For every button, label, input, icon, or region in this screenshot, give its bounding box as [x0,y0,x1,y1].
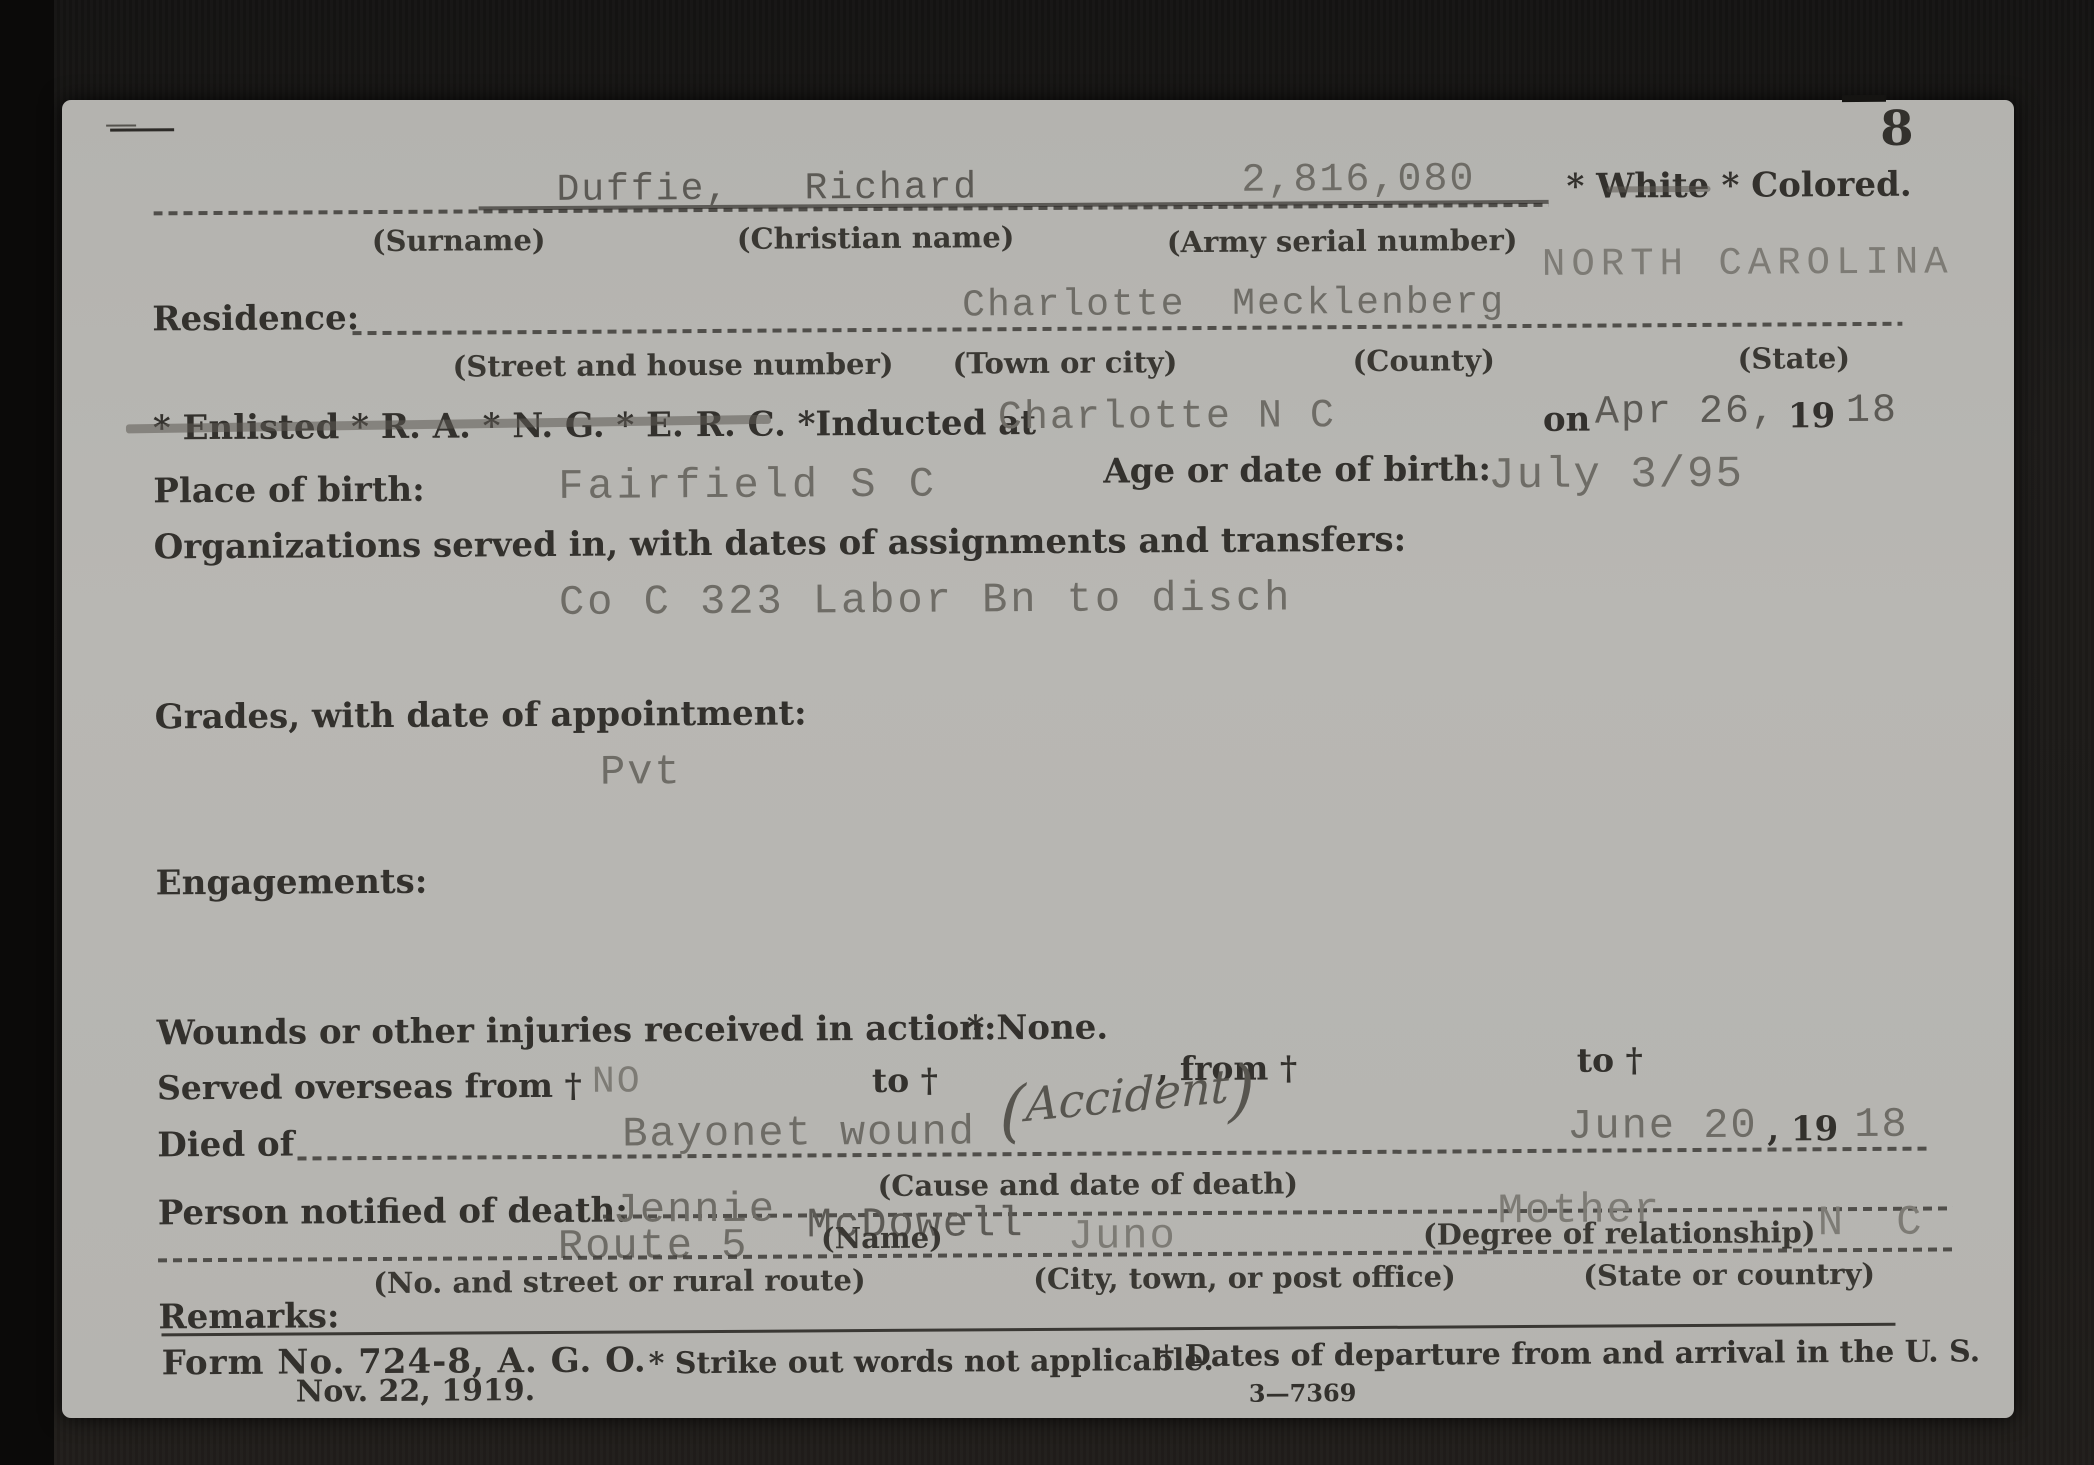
accident-handwritten: (Accident) [999,1049,1255,1151]
street-house-label: (Street and house number) [452,347,893,384]
state-label: (State) [1737,341,1850,376]
white-strikethrough [1607,186,1711,193]
serial-typed-value: 2,816,080 [1241,157,1475,203]
age-date-of-birth-label: Age or date of birth: [1103,449,1491,491]
residence-label: Residence: [152,298,359,339]
strike-out-note: * Strike out words not applicable. [649,1343,1214,1381]
death-year-typed: 18 [1854,1101,1909,1149]
date-of-birth-typed: July 3/95 [1488,450,1744,502]
inducted-date-typed: Apr 26, [1595,389,1777,435]
state-stamp: NORTH CAROLINA [1542,240,1954,287]
name-label: (Name) [821,1221,943,1256]
print-code: 3—7369 [1249,1378,1357,1408]
street-rural-route-label: (No. and street or rural route) [373,1263,866,1300]
town-city-label: (Town or city) [952,345,1177,380]
hand-paren-close: ) [1228,1049,1255,1130]
grade-typed: Pvt [600,748,682,796]
colored-option-label: * Colored. [1721,165,1911,206]
served-overseas-label: Served overseas from † [157,1066,582,1108]
form-date: Nov. 22, 1919. [296,1373,536,1409]
notified-state-typed: N C [1818,1199,1936,1248]
dagger-note: † Dates of departure from and arrival in… [1159,1334,1981,1374]
corner-dash-mark-2 [106,124,136,126]
hand-paren-open: ( [999,1071,1026,1152]
overseas-to1-label: to † [872,1061,938,1100]
county-label: (County) [1352,343,1494,378]
corner-dash-mark [110,128,174,131]
scan-background-left-edge [0,0,54,1465]
page-number: 8 [1880,101,1914,157]
hand-word: Accident [1025,1059,1229,1132]
residence-town-typed: Charlotte [962,283,1185,327]
organizations-typed: Co C 323 Labor Bn to disch [559,574,1293,626]
overseas-to2-label: to † [1577,1040,1643,1079]
wounds-label: Wounds or other injuries received in act… [157,1008,997,1053]
residence-county-typed: Mecklenberg [1232,281,1505,326]
inducted-year-typed: 18 [1846,389,1898,434]
service-record-card: 8 Duffie, Richard 2,816,080 * White * Co… [62,100,2014,1418]
grades-label: Grades, with date of appointment: [155,693,807,737]
organizations-label: Organizations served in, with dates of a… [154,520,1407,568]
served-overseas-typed: NO [592,1060,642,1103]
death-date-typed: June 20 [1567,1102,1758,1151]
place-of-birth-typed: Fairfield S C [558,461,938,511]
on-label: on [1543,400,1591,440]
wounds-none-label: * None. [967,1008,1109,1049]
engagements-label: Engagements: [156,862,428,904]
degree-relationship-label: (Degree of relationship) [1423,1215,1816,1251]
card-content: 8 Duffie, Richard 2,816,080 * White * Co… [58,94,2018,1424]
remarks-label: Remarks: [158,1296,339,1337]
remarks-bottom-rule [161,1323,1895,1337]
place-of-birth-label: Place of birth: [153,470,425,512]
death-year-printed: , 19 [1767,1109,1838,1149]
army-serial-number-label: (Army serial number) [1167,223,1518,259]
died-of-label: Died of [157,1125,294,1166]
cause-date-of-death-label: (Cause and date of death) [878,1166,1299,1203]
name-typed-value: Duffie, Richard [556,166,978,212]
state-country-label: (State or country) [1583,1257,1875,1293]
cause-of-death-typed: Bayonet wound [622,1108,976,1158]
city-post-office-label: (City, town, or post office) [1033,1259,1456,1296]
year-prefix-printed: 19 [1788,396,1836,436]
inducted-place-typed: Charlotte N C [998,394,1336,441]
surname-label: (Surname) [372,223,546,258]
top-edge-mark [1842,95,1886,102]
christian-name-label: (Christian name) [737,220,1015,256]
